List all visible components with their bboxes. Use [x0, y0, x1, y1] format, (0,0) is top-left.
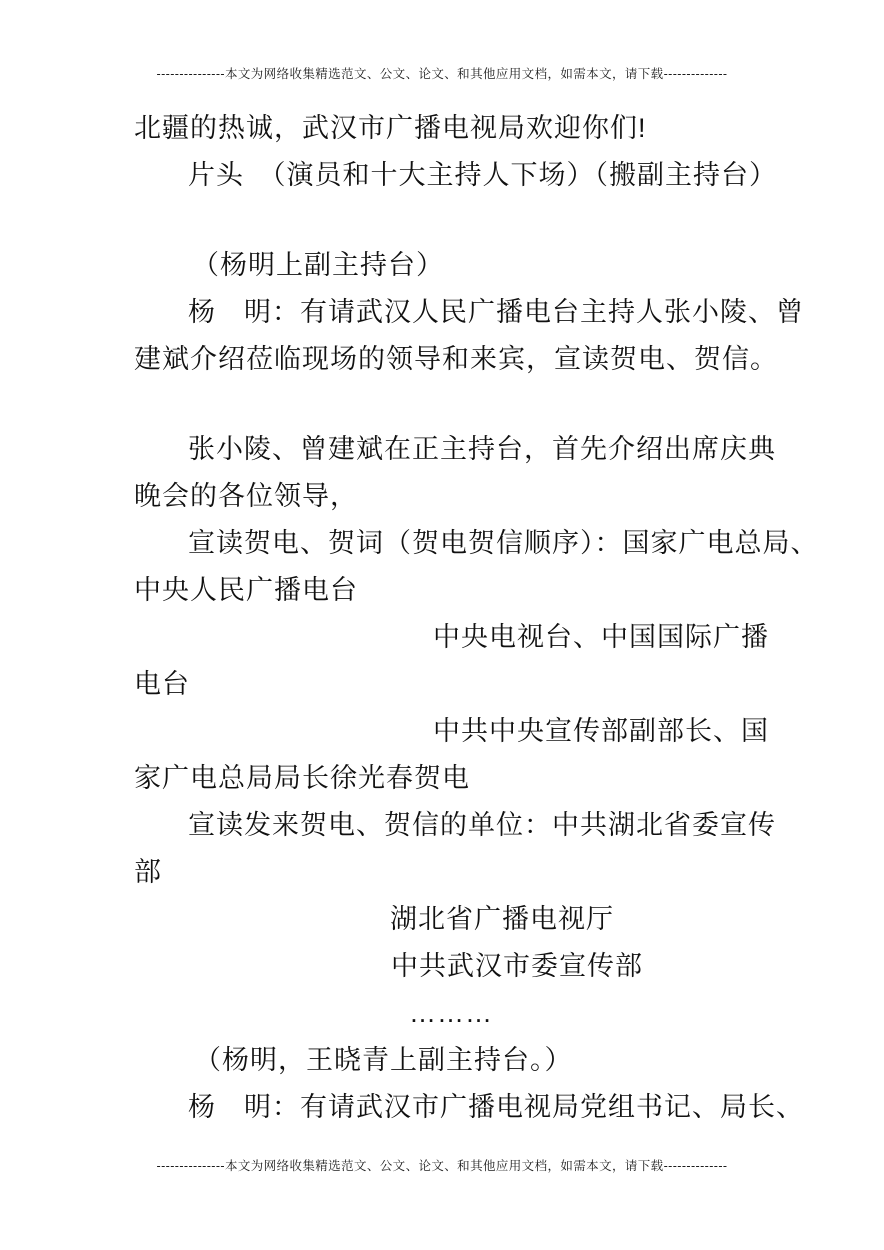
text-line: 部	[134, 849, 782, 896]
text-line: （杨明，王晓青上副主持台。）	[194, 1037, 782, 1084]
text-line: 中共武汉市委宣传部	[391, 943, 782, 990]
text-line: 中共中央宣传部副部长、国	[433, 708, 782, 755]
text-line: 湖北省广播电视厅	[390, 896, 782, 943]
text-line: 张小陵、曾建斌在正主持台，首先介绍出席庆典	[188, 426, 782, 473]
text-line: ………	[409, 990, 782, 1037]
header-disclaimer: ---------------本文为网络收集精选范文、公文、论文、和其他应用文档…	[0, 64, 884, 82]
text-line: 中央人民广播电台	[134, 567, 782, 614]
footer-disclaimer: ---------------本文为网络收集精选范文、公文、论文、和其他应用文档…	[0, 1156, 884, 1174]
text-line: 电台	[134, 661, 782, 708]
text-line: 杨 明：有请武汉人民广播电台主持人张小陵、曾	[188, 289, 782, 336]
text-line: 杨 明：有请武汉市广播电视局党组书记、局长、	[188, 1084, 782, 1131]
text-line: 北疆的热诚，武汉市广播电视局欢迎你们!	[134, 105, 782, 152]
text-line: 晚会的各位领导，	[134, 473, 782, 520]
text-line: 中央电视台、中国国际广播	[433, 614, 782, 661]
text-line: 家广电总局局长徐光春贺电	[134, 755, 782, 802]
text-line: （杨明上副主持台）	[192, 242, 782, 289]
document-body: 北疆的热诚，武汉市广播电视局欢迎你们!片头 （演员和十大主持人下场）（搬副主持台…	[134, 105, 782, 1131]
text-line: 宣读贺电、贺词（贺电贺信顺序）：国家广电总局、	[188, 520, 782, 567]
text-line: 宣读发来贺电、贺信的单位：中共湖北省委宣传	[188, 802, 782, 849]
text-line: 片头 （演员和十大主持人下场）（搬副主持台）	[188, 152, 782, 199]
text-line: 建斌介绍莅临现场的领导和来宾，宣读贺电、贺信。	[134, 336, 782, 383]
